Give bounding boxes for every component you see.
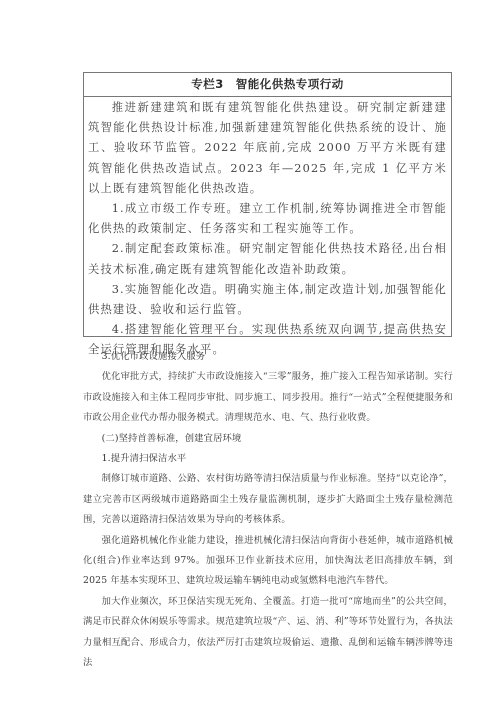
section-heading: 1.提升清扫保洁水平 <box>83 449 453 469</box>
box-paragraph: 2.制定配套政策标准。研究制定智能化供热技术路径,出台相关技术标准,确定既有建筑… <box>88 239 447 279</box>
box-title: 专栏3 智能化供热专项行动 <box>84 73 451 97</box>
box-paragraph: 1.成立市级工作专班。建立工作机制,统筹协调推进全市智能化供热的政策制定、任务落… <box>88 199 447 239</box>
section-heading: 3.优化市政设施接入服务 <box>83 347 453 367</box>
body-paragraph: 制修订城市道路、公路、农村街坊路等清扫保洁质量与作业标准。坚持“以克论净”，建立… <box>83 469 453 530</box>
special-column-box: 专栏3 智能化供热专项行动 推进新建建筑和既有建筑智能化供热建设。研究制定新建建… <box>83 72 452 337</box>
box-paragraph: 3.实施智能化改造。明确实施主体,制定改造计划,加强智能化供热建设、验收和运行监… <box>88 280 447 320</box>
box-paragraph: 推进新建建筑和既有建筑智能化供热建设。研究制定新建建筑智能化供热设计标准,加强新… <box>88 98 447 199</box>
body-paragraph: 强化道路机械化作业能力建设，推进机械化清扫保洁向背街小巷延伸，城市道路机械化(组… <box>83 531 453 592</box>
body-paragraph: 优化审批方式，持续扩大市政设施接入“三零”服务，推广接入工程告知承诺制。实行市政… <box>83 367 453 428</box>
box-body: 推进新建建筑和既有建筑智能化供热建设。研究制定新建建筑智能化供热设计标准,加强新… <box>84 97 451 361</box>
body-paragraph: 加大作业频次，环卫保洁实现无死角、全覆盖。打造一批可“席地而坐”的公共空间，满足… <box>83 592 453 674</box>
section-heading: (二)坚持首善标准，创建宜居环境 <box>83 429 453 449</box>
body-text: 3.优化市政设施接入服务 优化审批方式，持续扩大市政设施接入“三零”服务，推广接… <box>83 347 453 674</box>
